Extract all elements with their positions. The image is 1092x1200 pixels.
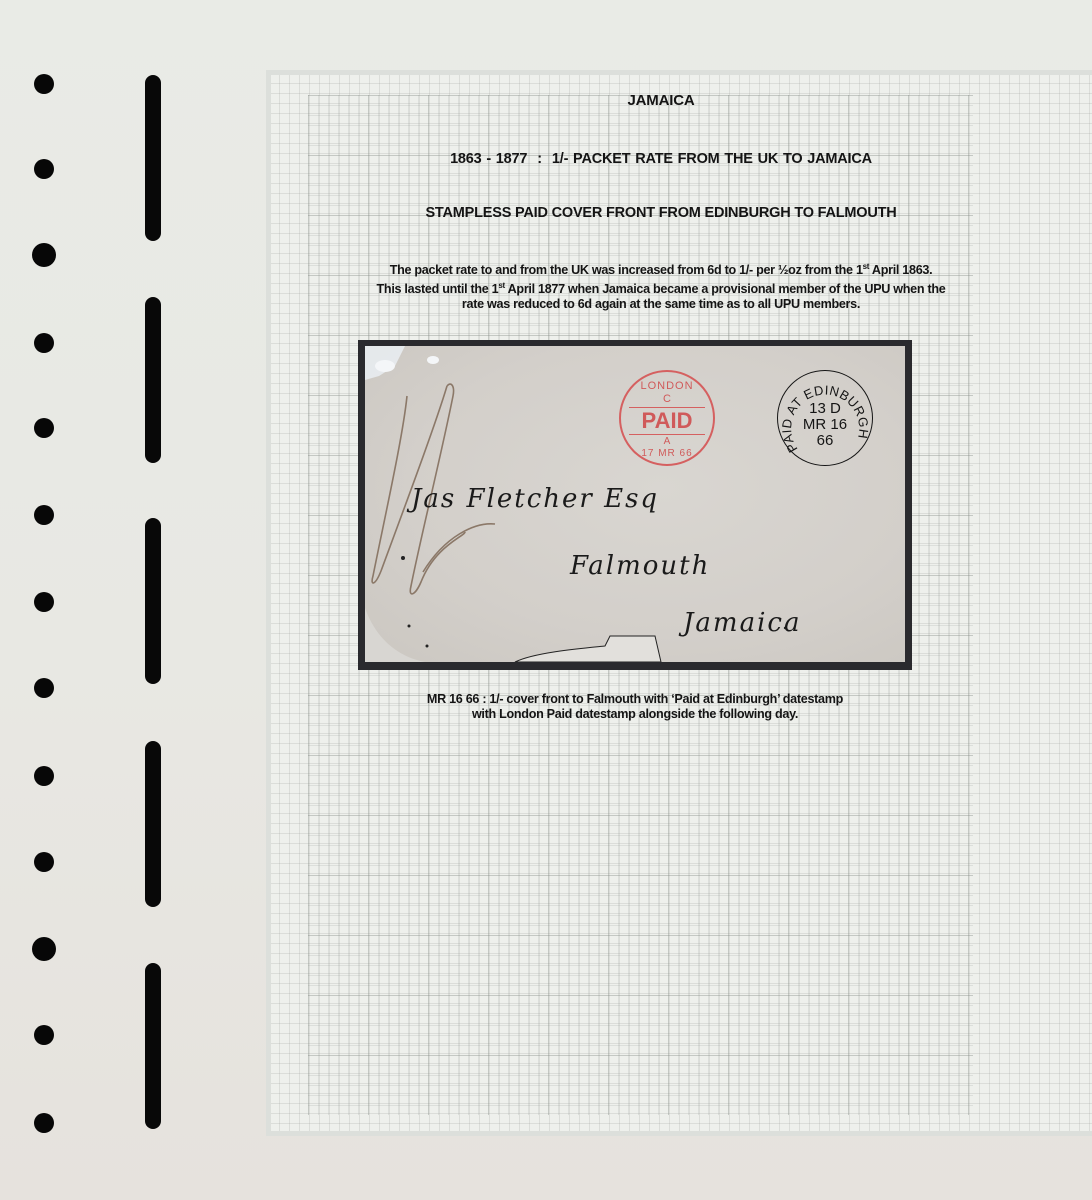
intro-line-3: rate was reduced to 6d again at the same… <box>266 297 1056 312</box>
binder-hole <box>34 678 54 698</box>
cover-front: LONDON C PAID A 17 MR 66 PAID AT EDINBUR… <box>365 346 905 662</box>
address-town: Falmouth <box>570 551 710 581</box>
section-heading: STAMPLESS PAID COVER FRONT FROM EDINBURG… <box>266 205 1056 221</box>
caption-line-2: with London Paid datestamp alongside the… <box>390 707 880 722</box>
binder-hole <box>34 1113 54 1133</box>
intro-line-1: The packet rate to and from the UK was i… <box>266 259 1056 278</box>
binder-slot <box>145 75 161 241</box>
binder-hole <box>34 766 54 786</box>
intro-paragraph: The packet rate to and from the UK was i… <box>266 259 1056 312</box>
period: 1863 - 1877 <box>450 151 527 167</box>
cover-caption: MR 16 66 : 1/- cover front to Falmouth w… <box>390 692 880 722</box>
binder-slot <box>145 297 161 463</box>
address-country: Jamaica <box>683 608 801 638</box>
london-paid-postmark: LONDON C PAID A 17 MR 66 <box>619 370 715 466</box>
caption-line-1: MR 16 66 : 1/- cover front to Falmouth w… <box>390 692 880 707</box>
binder-hole <box>34 505 54 525</box>
binder-hole <box>34 333 54 353</box>
binder-hole <box>34 159 54 179</box>
binder-hole <box>34 74 54 94</box>
binder-slot <box>145 963 161 1129</box>
binder-slot <box>145 518 161 684</box>
cover-mount: LONDON C PAID A 17 MR 66 PAID AT EDINBUR… <box>358 340 912 670</box>
separator: : <box>537 151 542 167</box>
binder-hole <box>34 592 54 612</box>
binder-hole <box>34 1025 54 1045</box>
page-title: JAMAICA <box>266 92 1056 109</box>
binder-slot <box>145 741 161 907</box>
binder-hole <box>32 937 56 961</box>
paid-at-edinburgh-postmark: PAID AT EDINBURGH 13 D MR 16 66 <box>777 370 873 466</box>
binder-hole <box>32 243 56 267</box>
binder-hole <box>34 852 54 872</box>
page-subtitle: 1863 - 1877:1/- PACKET RATE FROM THE UK … <box>266 151 1056 167</box>
address-name: Jas Fletcher Esq <box>411 484 659 514</box>
intro-line-2: This lasted until the 1st April 1877 whe… <box>266 278 1056 297</box>
binder-hole <box>34 418 54 438</box>
subtitle-description: 1/- PACKET RATE FROM THE UK TO JAMAICA <box>552 151 872 167</box>
